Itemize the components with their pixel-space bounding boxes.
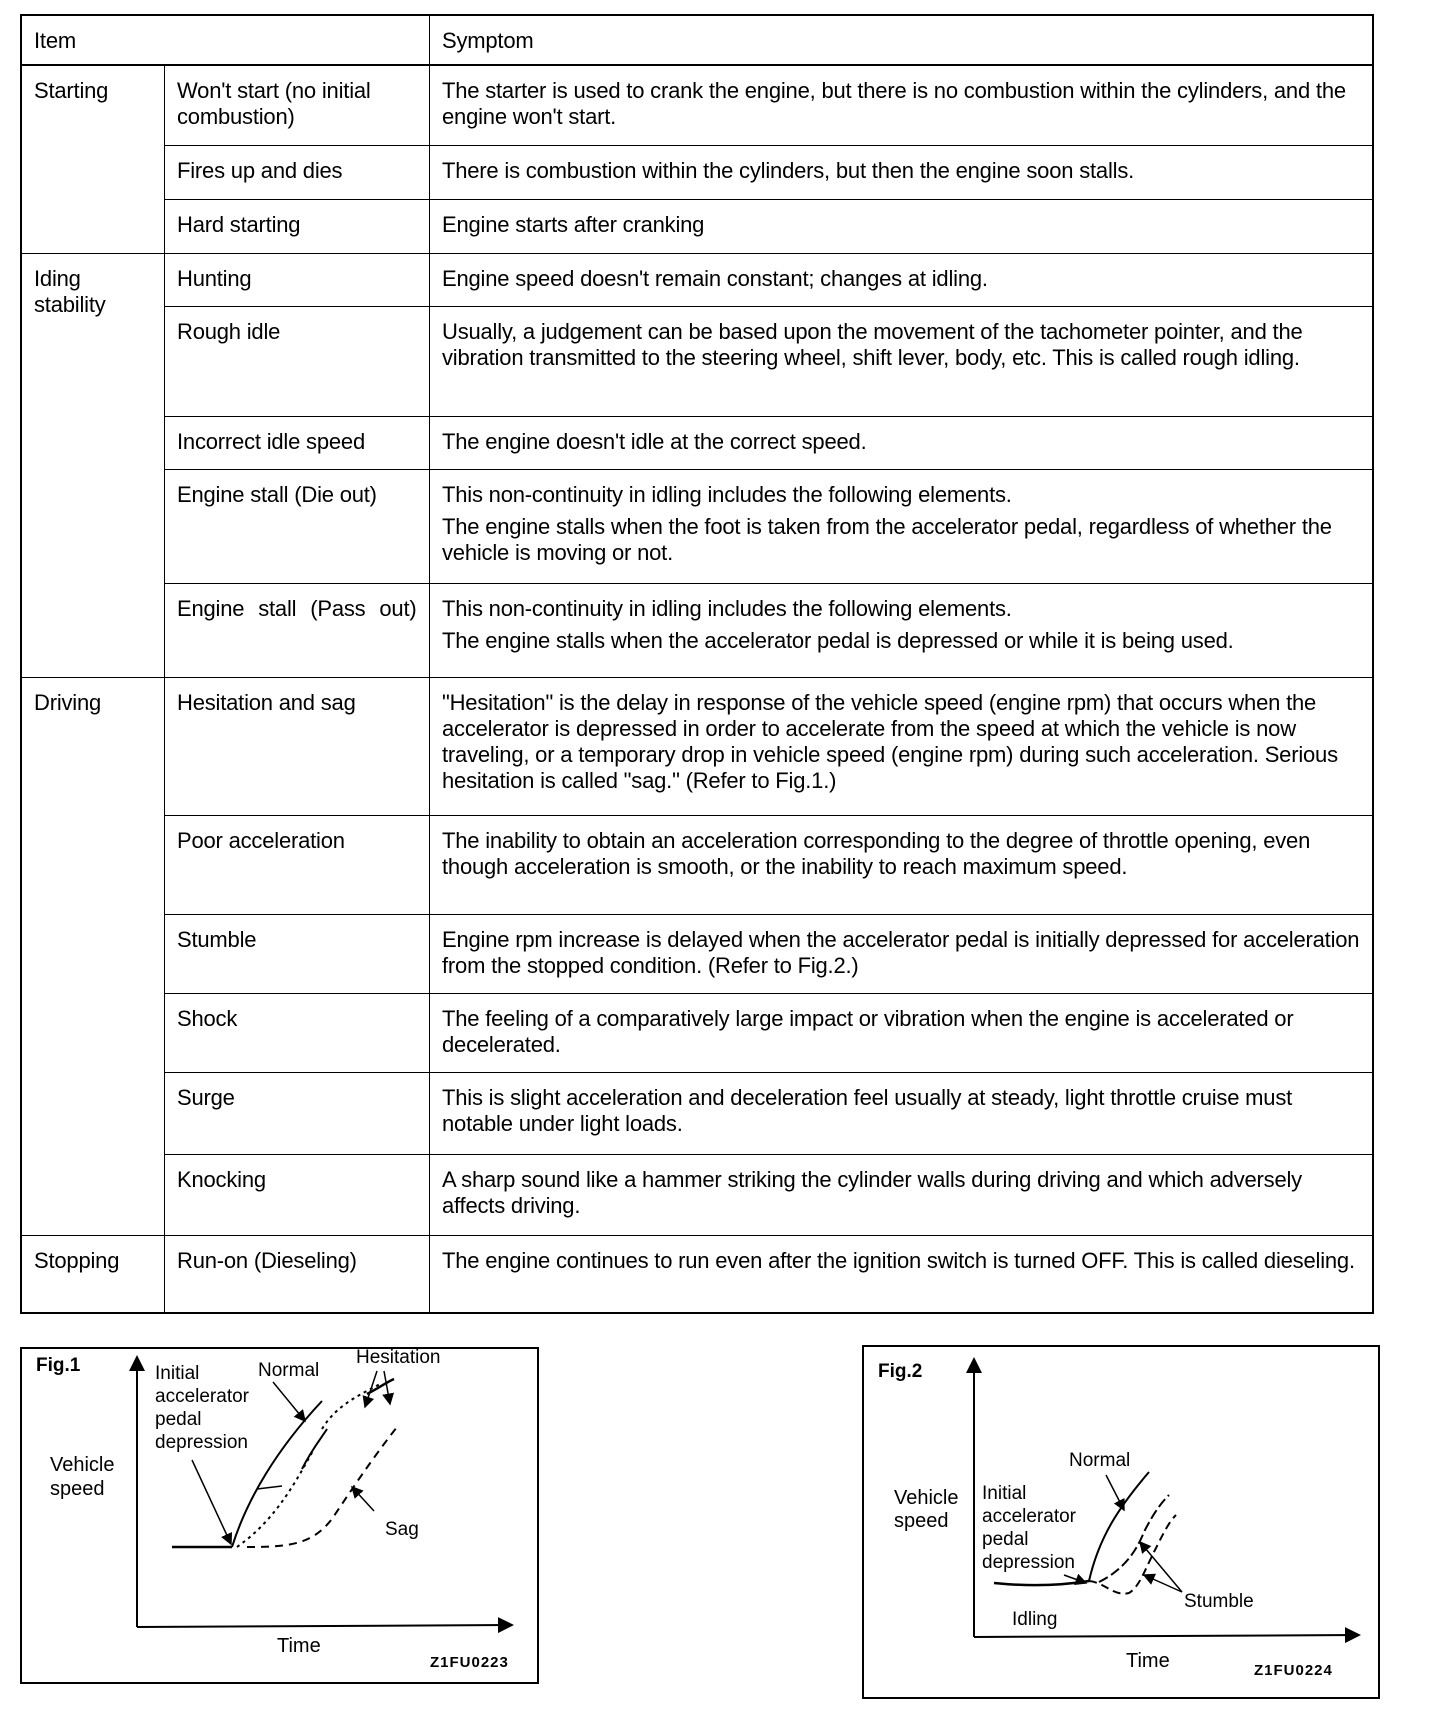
leader-stumble-2 [1144,1575,1182,1592]
figure-1-drawing: Fig.1 Vehicle speed Time Z1FU0223 Initia… [22,1349,537,1682]
annotation-initial-depression: Initial accelerator pedal depression [982,1483,1081,1573]
table-row: Incorrect idle speedThe engine doesn't i… [21,416,1373,469]
item-cell: Rough idle [165,306,430,416]
symptom-text: The inability to obtain an acceleration … [442,828,1360,880]
table-row: Fires up and diesThere is combustion wit… [21,145,1373,199]
x-axis-label: Time [277,1635,321,1657]
symptom-text: The starter is used to crank the engine,… [442,78,1360,130]
table-row: Poor accelerationThe inability to obtain… [21,815,1373,914]
leader-initial [192,1460,231,1544]
table-row: DrivingHesitation and sag"Hesitation" is… [21,677,1373,815]
table-row: Engine stall (Die out)This non-continuit… [21,469,1373,583]
symptom-table: Item Symptom StartingWon't start (no ini… [20,14,1374,1314]
table-row: KnockingA sharp sound like a hammer stri… [21,1154,1373,1235]
symptom-text: The engine stalls when the accelerator p… [442,628,1360,654]
hesitation-segment [302,1429,327,1469]
leader-stumble-1 [1140,1542,1182,1592]
figure-code: Z1FU0224 [1254,1662,1333,1679]
leader-normal [1106,1475,1124,1510]
symptom-cell: The engine continues to run even after t… [430,1235,1374,1313]
symptom-text: Engine starts after cranking [442,212,1360,238]
table-row: Engine stall (Pass out)This non-continui… [21,583,1373,677]
symptom-text: The engine doesn't idle at the correct s… [442,429,1360,455]
item-cell: Incorrect idle speed [165,416,430,469]
symptom-cell: This non-continuity in idling includes t… [430,583,1374,677]
x-axis [137,1625,512,1627]
leader-normal [273,1382,305,1421]
item-cell: Hunting [165,253,430,306]
stumble-curve-2 [1099,1495,1169,1582]
leader-hesitation-2 [384,1371,390,1404]
annotation-hesitation: Hesitation [356,1349,441,1368]
table-row: Hard startingEngine starts after crankin… [21,199,1373,253]
item-cell: Poor acceleration [165,815,430,914]
symptom-cell: There is combustion within the cylinders… [430,145,1374,199]
figure-code: Z1FU0223 [430,1654,509,1671]
table-row: ShockThe feeling of a comparatively larg… [21,993,1373,1072]
symptom-text: Engine speed doesn't remain constant; ch… [442,266,1360,292]
category-cell: Iding stability [21,253,165,677]
normal-curve [1089,1472,1149,1581]
symptom-cell: The engine doesn't idle at the correct s… [430,416,1374,469]
figure-2-drawing: Fig.2 Vehicle speed Time Z1FU0224 Initia… [864,1347,1378,1697]
y-axis-label: Vehicle speed [894,1487,964,1532]
item-cell: Fires up and dies [165,145,430,199]
figure-1-hesitation-sag: Fig.1 Vehicle speed Time Z1FU0223 Initia… [20,1347,539,1684]
symptom-text: This non-continuity in idling includes t… [442,596,1360,622]
category-cell: Stopping [21,1235,165,1313]
annotation-idling: Idling [1012,1609,1057,1630]
symptom-text: The engine continues to run even after t… [442,1248,1360,1274]
item-cell: Stumble [165,914,430,993]
symptom-cell: This is slight acceleration and decelera… [430,1072,1374,1154]
item-cell: Shock [165,993,430,1072]
annotation-normal: Normal [258,1360,319,1381]
symptom-cell: The inability to obtain an acceleration … [430,815,1374,914]
symptom-text: This non-continuity in idling includes t… [442,482,1360,508]
table-row: StumbleEngine rpm increase is delayed wh… [21,914,1373,993]
table-header-row: Item Symptom [21,15,1373,65]
annotation-normal: Normal [1069,1450,1130,1471]
leader-sag [352,1487,374,1511]
symptom-cell: The starter is used to crank the engine,… [430,65,1374,145]
item-cell: Won't start (no initial combustion) [165,65,430,145]
symptom-text: The feeling of a comparatively large imp… [442,1006,1360,1058]
symptom-cell: A sharp sound like a hammer striking the… [430,1154,1374,1235]
symptom-text: This is slight acceleration and decelera… [442,1085,1360,1137]
item-cell: Surge [165,1072,430,1154]
symptom-cell: Engine starts after cranking [430,199,1374,253]
item-cell: Knocking [165,1154,430,1235]
symptom-cell: Usually, a judgement can be based upon t… [430,306,1374,416]
item-cell: Hesitation and sag [165,677,430,815]
item-cell: Hard starting [165,199,430,253]
annotation-initial-depression: Initial accelerator pedal depression [155,1363,254,1453]
hesitation-curve [237,1384,380,1547]
symptom-text: There is combustion within the cylinders… [442,158,1360,184]
x-axis-label: Time [1126,1650,1170,1672]
symptom-text: "Hesitation" is the delay in response of… [442,690,1360,794]
symptom-cell: Engine rpm increase is delayed when the … [430,914,1374,993]
table-row: StartingWon't start (no initial combusti… [21,65,1373,145]
annotation-sag: Sag [385,1519,419,1540]
table-body: StartingWon't start (no initial combusti… [21,65,1373,1313]
symptom-cell: Engine speed doesn't remain constant; ch… [430,253,1374,306]
table-row: StoppingRun-on (Dieseling)The engine con… [21,1235,1373,1313]
category-cell: Starting [21,65,165,253]
table-row: SurgeThis is slight acceleration and dec… [21,1072,1373,1154]
annotation-stumble: Stumble [1184,1591,1254,1612]
header-symptom: Symptom [430,15,1374,65]
symptom-cell: The feeling of a comparatively large imp… [430,993,1374,1072]
table-row: Iding stabilityHuntingEngine speed doesn… [21,253,1373,306]
figure-2-stumble: Fig.2 Vehicle speed Time Z1FU0224 Initia… [862,1345,1380,1699]
category-cell: Driving [21,677,165,1235]
normal-curve [232,1401,322,1547]
header-item: Item [21,15,430,65]
table-row: Rough idleUsually, a judgement can be ba… [21,306,1373,416]
x-axis [974,1635,1359,1637]
symptom-text: A sharp sound like a hammer striking the… [442,1167,1360,1219]
item-cell: Engine stall (Pass out) [165,583,430,677]
leader-normal-2 [257,1486,282,1489]
figure-1-title: Fig.1 [36,1355,81,1376]
item-cell: Run-on (Dieseling) [165,1235,430,1313]
figure-2-title: Fig.2 [878,1361,922,1382]
symptom-text: Usually, a judgement can be based upon t… [442,319,1360,371]
y-axis-label: Vehicle speed [50,1454,120,1500]
symptom-text: Engine rpm increase is delayed when the … [442,927,1360,979]
item-cell: Engine stall (Die out) [165,469,430,583]
symptom-cell: "Hesitation" is the delay in response of… [430,677,1374,815]
symptom-cell: This non-continuity in idling includes t… [430,469,1374,583]
idle-line [994,1581,1089,1585]
symptom-text: The engine stalls when the foot is taken… [442,514,1360,566]
